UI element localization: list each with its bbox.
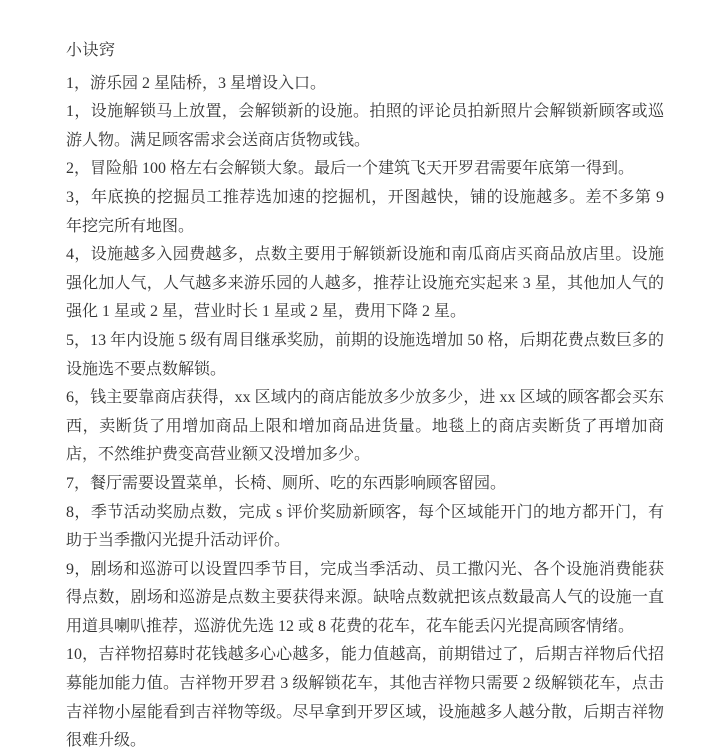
tip-paragraph-10: 9，剧场和巡游可以设置四季节目，完成当季活动、员工撒闪光、各个设施消费能获得点数… bbox=[66, 556, 664, 642]
tip-paragraph-3: 2，冒险船 100 格左右会解锁大象。最后一个建筑飞天开罗君需要年底第一得到。 bbox=[66, 155, 664, 184]
tip-paragraph-6: 5，13 年内设施 5 级有周目继承奖励，前期的设施选增加 50 格，后期花费点… bbox=[66, 327, 664, 384]
tip-paragraph-5: 4，设施越多入园费越多，点数主要用于解锁新设施和南瓜商店买商品放店里。设施强化加… bbox=[66, 241, 664, 327]
document-page: 小诀窍 1，游乐园 2 星陆桥，3 星增设入口。 1，设施解锁马上放置，会解锁新… bbox=[0, 0, 720, 756]
tip-paragraph-8: 7，餐厅需要设置菜单，长椅、厕所、吃的东西影响顾客留园。 bbox=[66, 470, 664, 499]
page-title: 小诀窍 bbox=[66, 37, 664, 66]
tip-paragraph-7: 6，钱主要靠商店获得，xx 区域内的商店能放多少放多少，进 xx 区域的顾客都会… bbox=[66, 384, 664, 470]
tip-paragraph-9: 8，季节活动奖励点数，完成 s 评价奖励新顾客，每个区域能开门的地方都开门，有助… bbox=[66, 499, 664, 556]
tip-paragraph-1: 1，游乐园 2 星陆桥，3 星增设入口。 bbox=[66, 70, 664, 99]
tip-paragraph-4: 3，年底换的挖掘员工推荐选加速的挖掘机，开图越快，铺的设施越多。差不多第 9 年… bbox=[66, 184, 664, 241]
tip-paragraph-11: 10，吉祥物招募时花钱越多心心越多，能力值越高，前期错过了，后期吉祥物后代招募能… bbox=[66, 641, 664, 755]
tip-paragraph-2: 1，设施解锁马上放置，会解锁新的设施。拍照的评论员拍新照片会解锁新顾客或巡游人物… bbox=[66, 98, 664, 155]
